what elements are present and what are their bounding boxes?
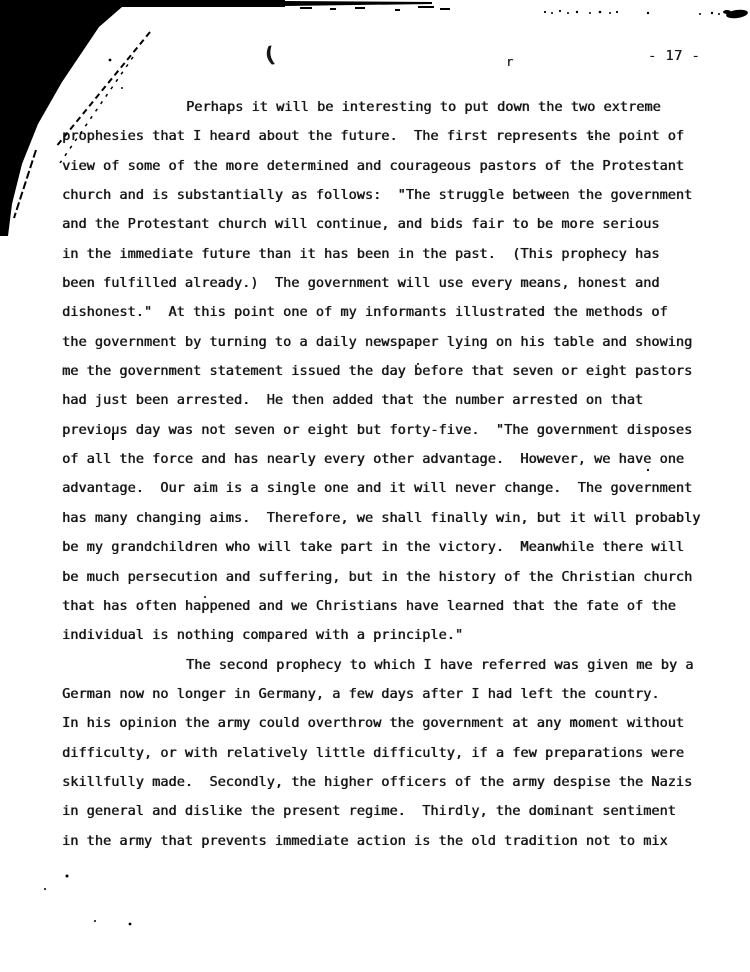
text-line: the government by turning to a daily new… xyxy=(62,328,722,357)
text-line: me the government statement issued the d… xyxy=(62,357,722,386)
text-line: In his opinion the army could overthrow … xyxy=(62,709,722,738)
text-line: in the immediate future than it has been… xyxy=(62,240,722,269)
stray-r-mark: r xyxy=(506,55,513,69)
text-line: dishonest." At this point one of my info… xyxy=(62,298,722,327)
text-line: advantage. Our aim is a single one and i… xyxy=(62,474,722,503)
top-edge-artifact xyxy=(0,0,450,11)
text-line: in the army that prevents immediate acti… xyxy=(62,827,722,856)
text-line: prophesies that I heard about the future… xyxy=(62,122,722,151)
text-line: had just been arrested. He then added th… xyxy=(62,386,722,415)
text-line: of all the force and has nearly every ot… xyxy=(62,445,722,474)
text-line: Perhaps it will be interesting to put do… xyxy=(62,93,722,122)
scanned-document-page: ( r - 17 - Perhaps it will be interestin… xyxy=(0,0,750,972)
top-dots-artifact xyxy=(544,10,720,15)
text-line: previous day was not seven or eight but … xyxy=(62,416,722,445)
text-line: individual is nothing compared with a pr… xyxy=(62,621,722,650)
text-line: be much persecution and suffering, but i… xyxy=(62,563,722,592)
text-line: in general and dislike the present regim… xyxy=(62,797,722,826)
corner-smudge-artifact xyxy=(723,9,748,20)
paragraph: The second prophecy to which I have refe… xyxy=(62,651,722,856)
text-line: has many changing aims. Therefore, we sh… xyxy=(62,504,722,533)
text-line: difficulty, or with relatively little di… xyxy=(62,739,722,768)
text-line: church and is substantially as follows: … xyxy=(62,181,722,210)
stray-paren-mark: ( xyxy=(261,42,278,68)
text-line: been fulfilled already.) The government … xyxy=(62,269,722,298)
text-line: that has often happened and we Christian… xyxy=(62,592,722,621)
text-line: be my grandchildren who will take part i… xyxy=(62,533,722,562)
text-line: view of some of the more determined and … xyxy=(62,152,722,181)
text-line: skillfully made. Secondly, the higher of… xyxy=(62,768,722,797)
text-line: and the Protestant church will continue,… xyxy=(62,210,722,239)
document-body: Perhaps it will be interesting to put do… xyxy=(62,93,722,856)
page-number: - 17 - xyxy=(648,48,700,64)
text-line: The second prophecy to which I have refe… xyxy=(62,651,722,680)
paragraph: Perhaps it will be interesting to put do… xyxy=(62,93,722,651)
text-line: German now no longer in Germany, a few d… xyxy=(62,680,722,709)
